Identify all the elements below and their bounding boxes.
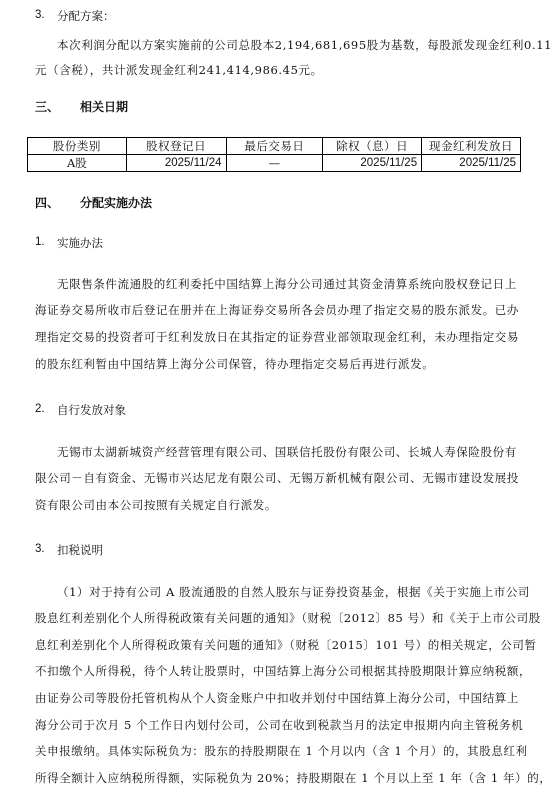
header-record-date: 股权登记日 [126,138,226,155]
item-title: 扣税说明 [57,542,103,558]
paragraph-line: 息红利差别化个人所得税政策有关问题的通知》（财税〔2015〕101 号）的相关规… [35,637,537,653]
header-ex-dividend-date: 除权（息）日 [323,138,422,155]
item-number: 2. [35,403,45,415]
paragraph-line: 资有限公司由本公司按照有关规定自行派发。 [35,497,277,513]
item-number: 3. [35,543,45,555]
paragraph-line: 本次利润分配以方案实施前的公司总股本2,194,681,695股为基数，每股派发… [57,37,550,53]
item-number: 3. [35,9,45,21]
item-title: 实施办法 [57,235,103,251]
paragraph-line: 股息红利差别化个人所得税政策有关问题的通知》（财税〔2012〕85 号）和《关于… [35,610,541,626]
section-number: 三、 [35,98,59,115]
header-payment-date: 现金红利发放日 [422,138,521,155]
paragraph-line: 海分公司于次月 5 个工作日内划付公司，公司在收到税款当月的法定申报期内向主管税… [35,717,523,733]
paragraph-line: 理指定交易的投资者可于红利发放日在其指定的证券营业部领取现金红利，未办理指定交易 [35,329,519,345]
paragraph-line: 海证券交易所收市后登记在册并在上海证券交易所各会员办理了指定交易的股东派发。已办 [35,302,519,318]
header-share-class: 股份类别 [28,138,127,155]
item-title: 自行发放对象 [57,402,126,418]
cell-last-trading-date: — [226,155,323,172]
section-title: 分配实施办法 [80,194,152,211]
paragraph-line: （1）对于持有公司 A 股流通股的自然人股东与证券投资基金，根据《关于实施上市公… [57,584,530,600]
paragraph-line: 元（含税），共计派发现金红利241,414,986.45元。 [35,62,323,78]
section-title: 相关日期 [80,98,128,115]
paragraph-line: 限公司－自有资金、无锡市兴达尼龙有限公司、无锡万新机械有限公司、无锡市建设发展投 [35,470,519,486]
item-number: 1. [35,236,45,248]
section-number: 四、 [35,194,59,211]
item-title: 分配方案： [57,8,115,24]
paragraph-line: 无限售条件流通股的红利委托中国结算上海分公司通过其资金清算系统向股权登记日上 [57,276,517,292]
cell-ex-dividend-date: 2025/11/25 [323,155,422,172]
paragraph-line: 的股东红利暂由中国结算上海分公司保管，待办理指定交易后再进行派发。 [35,356,434,372]
table-row: A股 2025/11/24 — 2025/11/25 2025/11/25 [28,155,521,172]
table-header-row: 股份类别 股权登记日 最后交易日 除权（息）日 现金红利发放日 [28,138,521,155]
cell-record-date: 2025/11/24 [126,155,226,172]
paragraph-line: 所得全额计入应纳税所得额，实际税负为 20%；持股期限在 1 个月以上至 1 年… [35,770,550,786]
paragraph-line: 无锡市太湖新城资产经营管理有限公司、国联信托股份有限公司、长城人寿保险股份有 [57,444,517,460]
paragraph-line: 关申报缴纳。具体实际税负为：股东的持股期限在 1 个月以内（含 1 个月）的，其… [35,743,528,759]
cell-share-class: A股 [28,155,127,172]
dates-table: 股份类别 股权登记日 最后交易日 除权（息）日 现金红利发放日 A股 2025/… [27,137,521,172]
header-last-trading-date: 最后交易日 [226,138,323,155]
cell-payment-date: 2025/11/25 [422,155,521,172]
paragraph-line: 由证券公司等股份托管机构从个人资金账户中扣收并划付中国结算上海分公司，中国结算上 [35,690,519,706]
paragraph-line: 不扣缴个人所得税，待个人转让股票时，中国结算上海分公司根据其持股期限计算应纳税额… [35,663,531,679]
